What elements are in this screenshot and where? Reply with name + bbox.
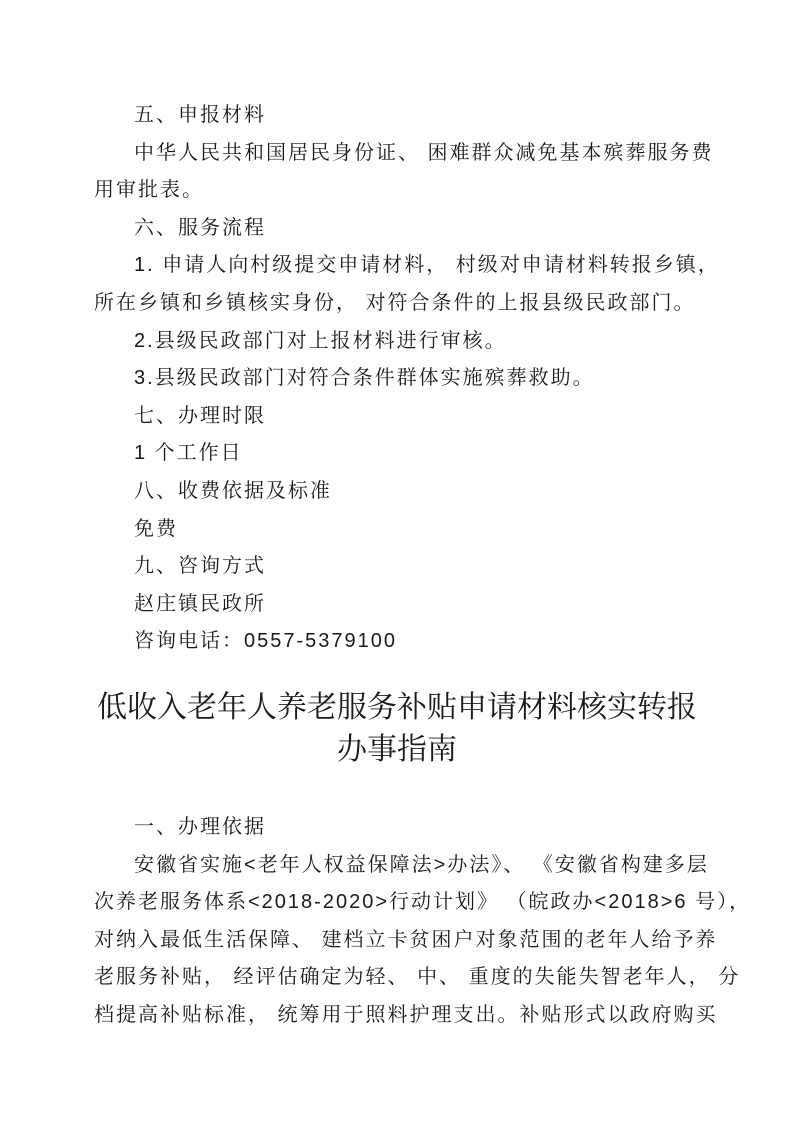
heading-1-handling-basis: 一、办理依据 <box>94 809 700 847</box>
line-contact-phone: 咨询电话：0557-5379100 <box>94 623 700 661</box>
line-process-step3: 3.县级民政部门对符合条件群体实施殡葬救助。 <box>94 360 700 398</box>
heading-6-service-process: 六、服务流程 <box>94 210 700 248</box>
line-basis-3: 对纳入最低生活保障、 建档立卡贫困户对象范围的老年人给予养 <box>94 922 700 960</box>
heading-8-fee-standard: 八、收费依据及标准 <box>94 473 700 511</box>
line-materials-1: 中华人民共和国居民身份证、 困难群众减免基本殡葬服务费 <box>94 135 700 173</box>
doc-title-line-1: 低收入老年人养老服务补贴申请材料核实转报 <box>94 687 700 729</box>
line-process-step1b: 所在乡镇和乡镇核实身份， 对符合条件的上报县级民政部门。 <box>94 285 700 323</box>
line-basis-1: 安徽省实施<老年人权益保障法>办法》、 《安徽省构建多层 <box>94 847 700 885</box>
doc-title: 低收入老年人养老服务补贴申请材料核实转报 办事指南 <box>94 687 700 771</box>
heading-5-application-materials: 五、申报材料 <box>94 97 700 135</box>
heading-9-contact-method: 九、咨询方式 <box>94 548 700 586</box>
line-basis-5: 档提高补贴标准， 统筹用于照料护理支出。补贴形式以政府购买 <box>94 997 700 1035</box>
line-fee-free: 免费 <box>94 511 700 549</box>
heading-7-time-limit: 七、办理时限 <box>94 398 700 436</box>
doc-title-line-2: 办事指南 <box>94 729 700 771</box>
line-time-limit: 1 个工作日 <box>94 435 700 473</box>
line-materials-2: 用审批表。 <box>94 172 700 210</box>
line-process-step1a: 1. 申请人向村级提交申请材料， 村级对申请材料转报乡镇， <box>94 247 700 285</box>
line-contact-office: 赵庄镇民政所 <box>94 586 700 624</box>
document-page: 五、申报材料 中华人民共和国居民身份证、 困难群众减免基本殡葬服务费 用审批表。… <box>0 0 793 1122</box>
line-process-step2: 2.县级民政部门对上报材料进行审核。 <box>94 323 700 361</box>
line-basis-2: 次养老服务体系<2018-2020>行动计划》 （皖政办<2018>6 号）， <box>94 884 700 922</box>
line-basis-4: 老服务补贴， 经评估确定为轻、 中、 重度的失能失智老年人， 分 <box>94 959 700 997</box>
